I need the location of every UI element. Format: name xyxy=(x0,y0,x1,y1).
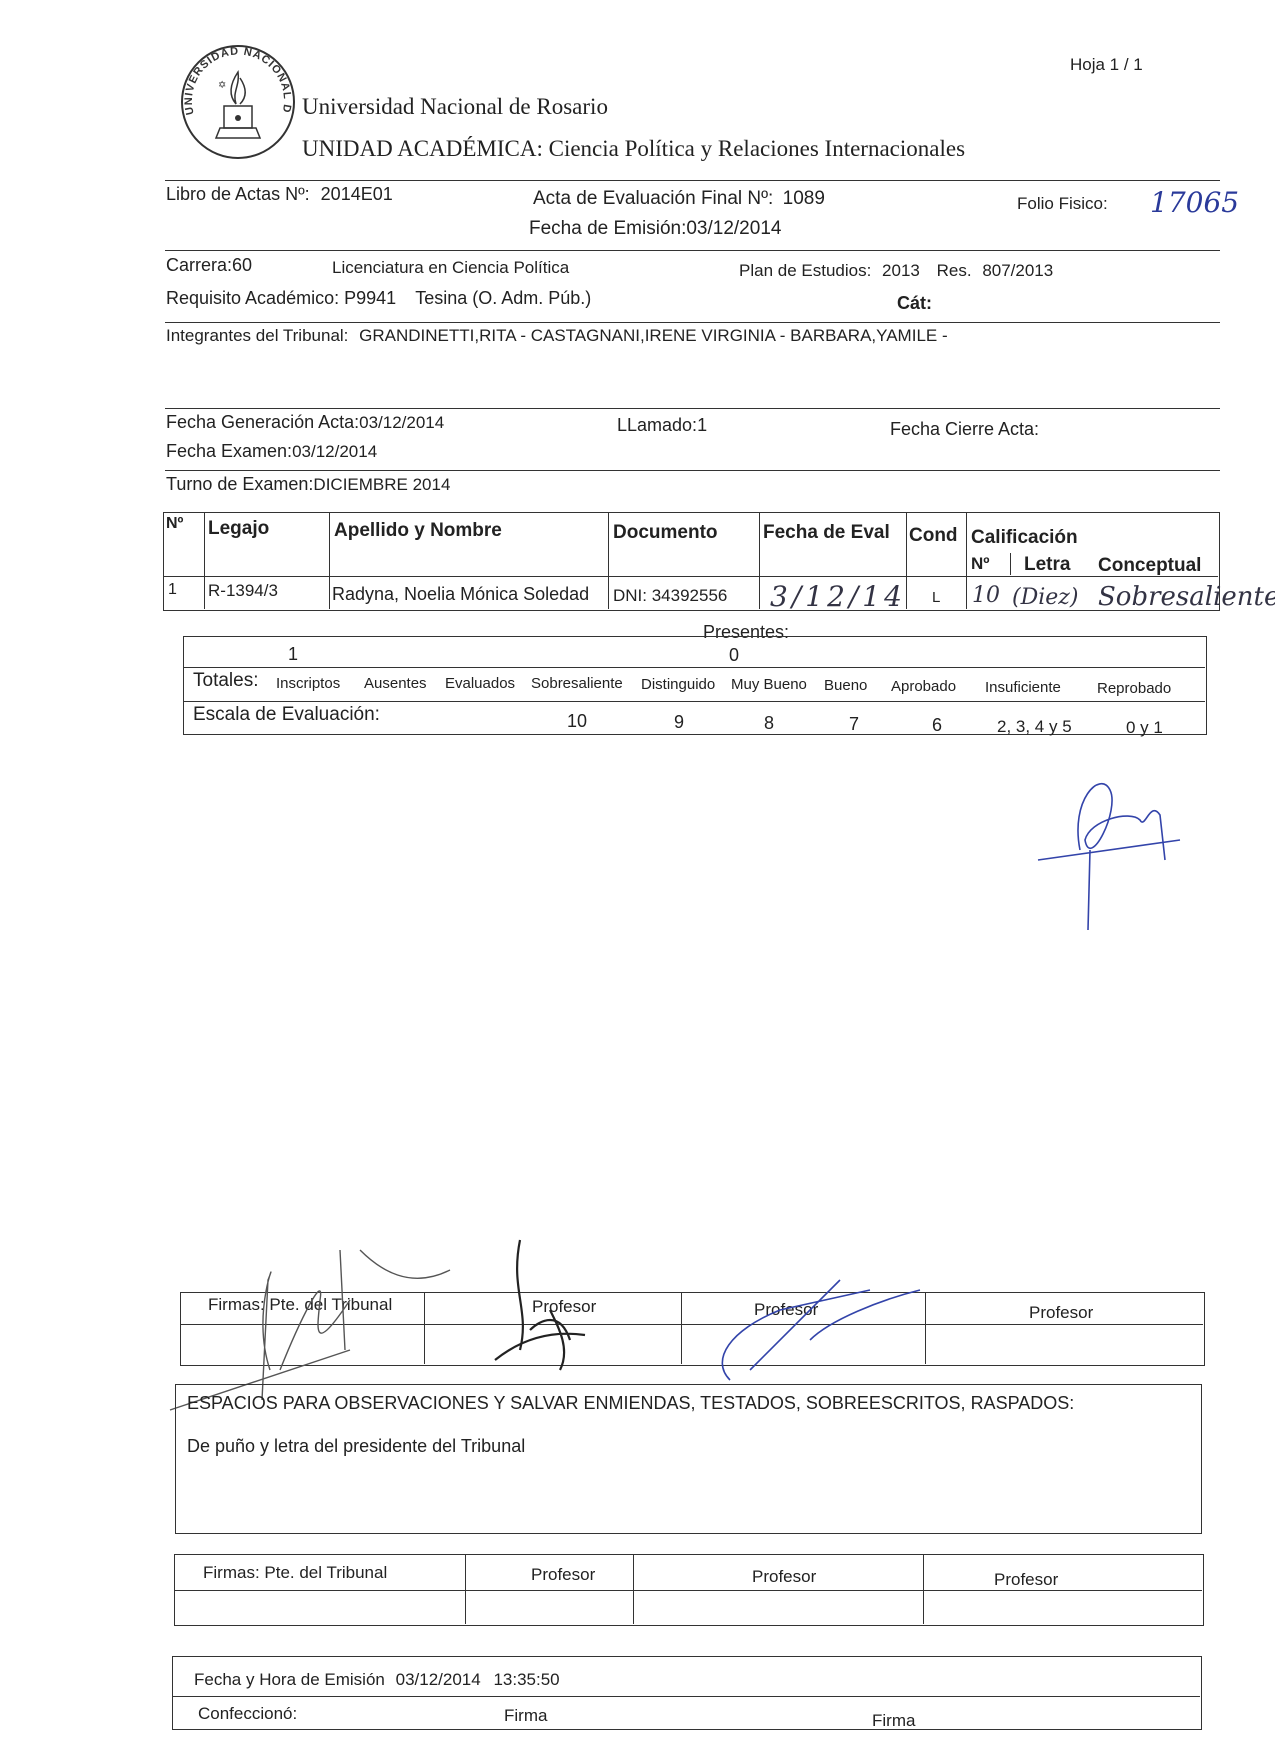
plan-estudios: Plan de Estudios: 2013 Res. 807/2013 xyxy=(739,261,1053,281)
page-indicator: Hoja 1 / 1 xyxy=(1070,55,1143,75)
generacion-label: Fecha Generación Acta: xyxy=(166,412,359,432)
firma-1: Firma xyxy=(504,1706,547,1726)
col-line xyxy=(923,1554,924,1624)
row-legajo: R-1394/3 xyxy=(208,581,278,601)
firmas2-prof2: Profesor xyxy=(752,1567,816,1587)
examen-label: Fecha Examen: xyxy=(166,441,292,461)
escala-bueno: 7 xyxy=(849,714,859,735)
col-ausentes: Ausentes xyxy=(364,675,427,692)
llamado: LLamado:1 xyxy=(617,415,707,436)
header-cal-conceptual: Conceptual xyxy=(1098,555,1201,577)
row-cal-letra: (Diez) xyxy=(1012,585,1078,610)
acta-value: 1089 xyxy=(783,188,825,209)
divider xyxy=(183,667,1205,668)
academic-unit: UNIDAD ACADÉMICA: Ciencia Política y Rel… xyxy=(302,136,965,162)
observaciones-title: ESPACIOS PARA OBSERVACIONES Y SALVAR ENM… xyxy=(187,1393,1147,1413)
tribunal: Integrantes del Tribunal: GRANDINETTI,RI… xyxy=(166,326,948,346)
plan-value: 2013 xyxy=(882,261,920,280)
carrera-name: Licenciatura en Ciencia Política xyxy=(332,258,569,278)
turno-examen: Turno de Examen:DICIEMBRE 2014 xyxy=(166,474,450,495)
requisito-value: P9941 xyxy=(344,288,396,308)
escala-sobresaliente: 10 xyxy=(567,711,587,732)
inscriptos-value: 1 xyxy=(288,644,298,665)
libro-label: Libro de Actas Nº: xyxy=(166,184,310,204)
fecha-emision: Fecha de Emisión:03/12/2014 xyxy=(529,218,781,240)
firmas2-prof1: Profesor xyxy=(531,1565,595,1585)
seal-icon: UNIVERSIDAD NACIONAL DE ROSARIO ✡ xyxy=(178,42,298,162)
col-line xyxy=(966,512,967,609)
signature-icon xyxy=(490,1230,610,1380)
header-legajo: Legajo xyxy=(208,518,269,540)
fecha-generacion: Fecha Generación Acta:03/12/2014 xyxy=(166,412,444,433)
divider xyxy=(165,470,1220,471)
escala-muy-bueno: 8 xyxy=(764,713,774,734)
col-line xyxy=(465,1554,466,1624)
header-cond: Cond xyxy=(909,525,958,547)
acta-numero: Acta de Evaluación Final Nº: 1089 xyxy=(533,188,825,210)
confecciono-label: Confeccionó: xyxy=(198,1704,297,1724)
signature-icon xyxy=(670,1270,930,1390)
row-documento: DNI: 34392556 xyxy=(613,586,727,606)
col-bueno: Bueno xyxy=(824,677,867,694)
libro-value: 2014E01 xyxy=(321,184,393,204)
observaciones-subtitle: De puño y letra del presidente del Tribu… xyxy=(187,1436,525,1457)
requisito-name: Tesina (O. Adm. Púb.) xyxy=(415,288,591,308)
llamado-value: 1 xyxy=(697,415,707,435)
col-muy-bueno: Muy Bueno xyxy=(731,676,807,693)
turno-value: DICIEMBRE 2014 xyxy=(313,475,450,494)
university-name: Universidad Nacional de Rosario xyxy=(302,94,608,120)
emision-label: Fecha de Emisión: xyxy=(529,218,686,239)
emision-footer-label: Fecha y Hora de Emisión xyxy=(194,1670,385,1689)
res-label: Res. xyxy=(937,261,972,280)
header-nombre: Apellido y Nombre xyxy=(334,520,502,542)
divider xyxy=(183,701,1205,702)
plan-label: Plan de Estudios: xyxy=(739,261,871,280)
escala-distinguido: 9 xyxy=(674,712,684,733)
res-value: 807/2013 xyxy=(982,261,1053,280)
generacion-value: 03/12/2014 xyxy=(359,413,444,432)
emision-value: 03/12/2014 xyxy=(686,218,781,239)
col-evaluados: Evaluados xyxy=(445,675,515,692)
col-line xyxy=(759,512,760,609)
col-sobresaliente: Sobresaliente xyxy=(531,675,623,692)
col-line xyxy=(608,512,609,609)
carrera-value: 60 xyxy=(232,255,252,275)
row-cal-conceptual: Sobresaliente xyxy=(1098,582,1275,612)
acta-label: Acta de Evaluación Final Nº: xyxy=(533,188,773,209)
escala-reprobado: 0 y 1 xyxy=(1126,718,1163,738)
header-cal-num: Nº xyxy=(971,554,990,574)
svg-text:UNIVERSIDAD NACIONAL DE ROSARI: UNIVERSIDAD NACIONAL DE ROSARIO xyxy=(178,42,293,116)
col-insuficiente: Insuficiente xyxy=(985,679,1061,696)
tribunal-label: Integrantes del Tribunal: xyxy=(166,326,348,345)
requisito-label: Requisito Académico: xyxy=(166,288,339,308)
university-seal: UNIVERSIDAD NACIONAL DE ROSARIO ✡ xyxy=(178,42,298,162)
header-documento: Documento xyxy=(613,522,718,544)
header-num: Nº xyxy=(166,515,183,533)
firmas2-prof3: Profesor xyxy=(994,1570,1058,1590)
col-line xyxy=(906,512,907,609)
row-num: 1 xyxy=(168,581,177,599)
libro-actas: Libro de Actas Nº: 2014E01 xyxy=(166,184,393,205)
totales-label: Totales: xyxy=(193,670,258,692)
fecha-cierre-label: Fecha Cierre Acta: xyxy=(890,419,1039,440)
row-nombre: Radyna, Noelia Mónica Soledad xyxy=(332,584,589,605)
escala-aprobado: 6 xyxy=(932,715,942,736)
svg-text:✡: ✡ xyxy=(218,80,226,91)
examen-value: 03/12/2014 xyxy=(292,442,377,461)
emision-footer-date: 03/12/2014 xyxy=(396,1670,481,1689)
signature-icon xyxy=(1030,760,1210,940)
escala-insuficiente: 2, 3, 4 y 5 xyxy=(997,717,1072,737)
header-fecha: Fecha de Eval xyxy=(763,522,890,544)
col-line xyxy=(633,1554,634,1624)
col-line xyxy=(329,512,330,609)
emision-footer: Fecha y Hora de Emisión 03/12/2014 13:35… xyxy=(194,1670,560,1690)
divider xyxy=(165,180,1220,181)
fecha-examen: Fecha Examen:03/12/2014 xyxy=(166,441,377,462)
ausentes-value: 0 xyxy=(729,645,739,666)
folio-value: 17065 xyxy=(1150,186,1239,219)
row-cond: L xyxy=(932,589,940,606)
divider xyxy=(174,1590,1202,1591)
divider xyxy=(165,250,1220,251)
header-cal-letra: Letra xyxy=(1024,554,1070,576)
col-aprobado: Aprobado xyxy=(891,678,956,695)
carrera-label: Carrera: xyxy=(166,255,232,275)
divider xyxy=(172,1696,1200,1697)
firmas2-pte: Firmas: Pte. del Tribunal xyxy=(203,1563,387,1583)
folio-label: Folio Fisico: xyxy=(1017,194,1108,214)
row-cal-num: 10 xyxy=(972,583,1000,608)
col-inscriptos: Inscriptos xyxy=(276,675,340,692)
row-fecha: 3/12/14 xyxy=(770,580,906,613)
escala-label: Escala de Evaluación: xyxy=(193,704,380,726)
header-calificacion: Calificación xyxy=(971,527,1078,549)
firma-2: Firma xyxy=(872,1711,915,1731)
turno-label: Turno de Examen: xyxy=(166,474,313,494)
divider xyxy=(165,322,1220,323)
carrera: Carrera:60 xyxy=(166,255,252,276)
llamado-label: LLamado: xyxy=(617,415,697,435)
firmas1-prof3: Profesor xyxy=(1029,1303,1093,1323)
col-reprobado: Reprobado xyxy=(1097,680,1171,697)
footer-box xyxy=(172,1656,1202,1730)
col-line xyxy=(204,512,205,609)
col-distinguido: Distinguido xyxy=(641,676,715,693)
col-line xyxy=(1010,553,1011,575)
tribunal-members: GRANDINETTI,RITA - CASTAGNANI,IRENE VIRG… xyxy=(359,326,947,345)
divider xyxy=(165,408,1220,409)
catedra-label: Cát: xyxy=(897,293,932,314)
requisito: Requisito Académico: P9941 Tesina (O. Ad… xyxy=(166,288,591,309)
table-row-divider xyxy=(163,576,1218,577)
emision-footer-time: 13:35:50 xyxy=(493,1670,559,1689)
